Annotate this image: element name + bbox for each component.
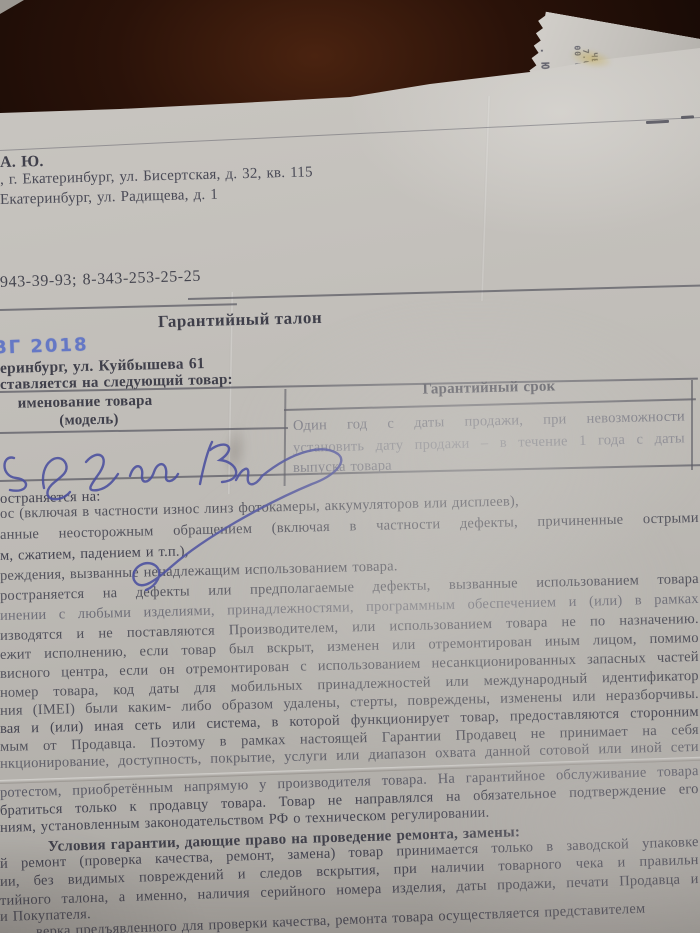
table-header-product: именование товара bbox=[0, 392, 170, 412]
print-dash bbox=[646, 120, 669, 124]
divider-rule bbox=[0, 303, 237, 310]
divider-rule bbox=[188, 285, 700, 300]
photo-of-warranty-card: . Ю . 00 Р 7.00 ЧЕТ Р 1 А. Ю. , г. Екате… bbox=[0, 0, 700, 933]
warranty-document-page: А. Ю. , г. Екатеринбург, ул. Бисертская,… bbox=[0, 0, 700, 933]
handwritten-model-entry: S 32ым Вкц bbox=[0, 418, 380, 608]
document-title: Гарантийный талон bbox=[158, 308, 323, 332]
seller-phones: 943-39-93; 8-343-253-25-25 bbox=[0, 252, 700, 292]
date-stamp: ВГ 2018 bbox=[0, 334, 89, 358]
handwriting-strokes bbox=[0, 418, 380, 603]
